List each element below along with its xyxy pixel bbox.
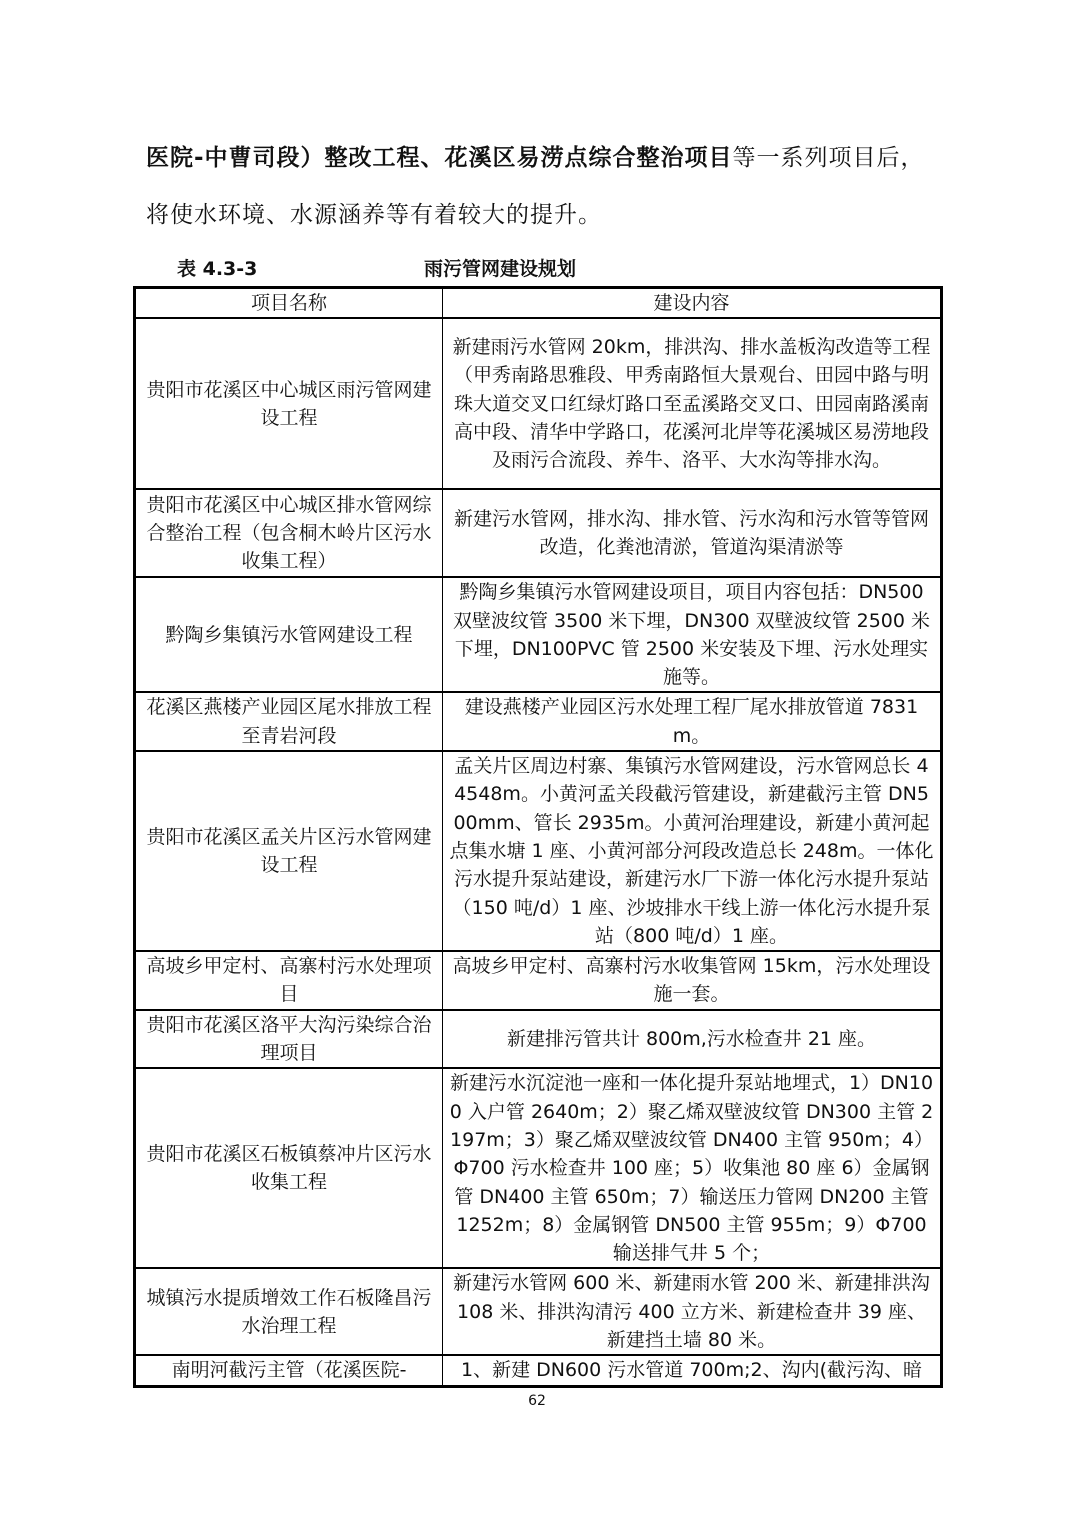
body-paragraph-line-2: 将使水环境、水源涵养等有着较大的提升。 xyxy=(146,200,946,230)
content-cell: 高坡乡甲定村、高寨村污水收集管网 15km，污水处理设施一套。 xyxy=(443,951,942,1010)
project-name-cell: 南明河截污主管（花溪医院- xyxy=(135,1355,443,1386)
table-number: 表 4.3-3 xyxy=(177,254,257,281)
table-row: 贵阳市花溪区洛平大沟污染综合治理项目 新建排污管共计 800m,污水检查井 21… xyxy=(135,1010,942,1069)
content-cell: 建设燕楼产业园区污水处理工程厂尾水排放管道 7831m。 xyxy=(443,692,942,751)
table-header-row: 项目名称 建设内容 xyxy=(135,288,942,319)
table-row: 贵阳市花溪区石板镇蔡冲片区污水收集工程 新建污水沉淀池一座和一体化提升泵站地埋式… xyxy=(135,1068,942,1268)
project-name-cell: 贵阳市花溪区中心城区雨污管网建设工程 xyxy=(135,318,443,489)
project-name-cell: 贵阳市花溪区孟关片区污水管网建设工程 xyxy=(135,751,443,951)
content-cell: 新建雨污水管网 20km，排洪沟、排水盖板沟改造等工程（甲秀南路思雅段、甲秀南路… xyxy=(443,318,942,489)
project-name-cell: 黔陶乡集镇污水管网建设工程 xyxy=(135,577,443,692)
table-row: 贵阳市花溪区中心城区雨污管网建设工程 新建雨污水管网 20km，排洪沟、排水盖板… xyxy=(135,318,942,489)
project-name-cell: 高坡乡甲定村、高寨村污水处理项目 xyxy=(135,951,443,1010)
paragraph-text: 等一系列项目后， xyxy=(733,145,925,171)
body-paragraph-line-1: 医院-中曹司段）整改工程、花溪区易涝点综合整治项目等一系列项目后， xyxy=(146,143,946,173)
table-row: 花溪区燕楼产业园区尾水排放工程至青岩河段 建设燕楼产业园区污水处理工程厂尾水排放… xyxy=(135,692,942,751)
table-row: 高坡乡甲定村、高寨村污水处理项目 高坡乡甲定村、高寨村污水收集管网 15km，污… xyxy=(135,951,942,1010)
table-row: 贵阳市花溪区孟关片区污水管网建设工程 孟关片区周边村寨、集镇污水管网建设，污水管… xyxy=(135,751,942,951)
content-cell: 新建污水管网 600 米、新建雨水管 200 米、新建排洪沟 108 米、排洪沟… xyxy=(443,1268,942,1355)
project-name-cell: 花溪区燕楼产业园区尾水排放工程至青岩河段 xyxy=(135,692,443,751)
content-cell: 新建污水管网，排水沟、排水管、污水沟和污水管等管网改造，化粪池清淤，管道沟渠清淤… xyxy=(443,489,942,577)
content-cell: 1、新建 DN600 污水管道 700m;2、沟内(截污沟、暗 xyxy=(443,1355,942,1386)
page-number: 62 xyxy=(0,1393,1074,1409)
project-name-cell: 贵阳市花溪区洛平大沟污染综合治理项目 xyxy=(135,1010,443,1069)
project-name-cell: 城镇污水提质增效工作石板隆昌污水治理工程 xyxy=(135,1268,443,1355)
content-cell: 新建污水沉淀池一座和一体化提升泵站地埋式，1）DN100 入户管 2640m；2… xyxy=(443,1068,942,1268)
pipe-network-table: 项目名称 建设内容 贵阳市花溪区中心城区雨污管网建设工程 新建雨污水管网 20k… xyxy=(133,286,943,1388)
header-construction-content: 建设内容 xyxy=(443,288,942,319)
bold-project-names: 医院-中曹司段）整改工程、花溪区易涝点综合整治项目 xyxy=(146,145,733,171)
content-cell: 新建排污管共计 800m,污水检查井 21 座。 xyxy=(443,1010,942,1069)
table-row: 南明河截污主管（花溪医院- 1、新建 DN600 污水管道 700m;2、沟内(… xyxy=(135,1355,942,1386)
header-project-name: 项目名称 xyxy=(135,288,443,319)
project-name-cell: 贵阳市花溪区石板镇蔡冲片区污水收集工程 xyxy=(135,1068,443,1268)
table-row: 贵阳市花溪区中心城区排水管网综合整治工程（包含桐木岭片区污水收集工程） 新建污水… xyxy=(135,489,942,577)
table-row: 城镇污水提质增效工作石板隆昌污水治理工程 新建污水管网 600 米、新建雨水管 … xyxy=(135,1268,942,1355)
table-title: 雨污管网建设规划 xyxy=(424,254,576,281)
table-row: 黔陶乡集镇污水管网建设工程 黔陶乡集镇污水管网建设项目，项目内容包括：DN500… xyxy=(135,577,942,692)
content-cell: 黔陶乡集镇污水管网建设项目，项目内容包括：DN500 双壁波纹管 3500 米下… xyxy=(443,577,942,692)
content-cell: 孟关片区周边村寨、集镇污水管网建设，污水管网总长 44548m。小黄河孟关段截污… xyxy=(443,751,942,951)
project-name-cell: 贵阳市花溪区中心城区排水管网综合整治工程（包含桐木岭片区污水收集工程） xyxy=(135,489,443,577)
